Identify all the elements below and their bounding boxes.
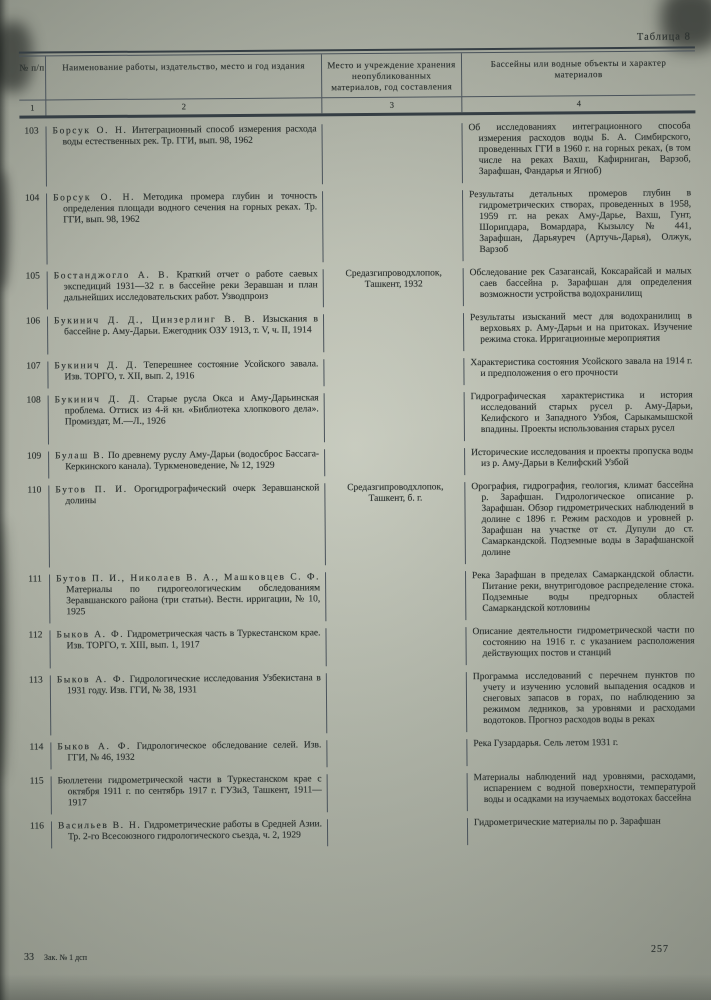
- materials-cell: Гидрографическая характеристика и истори…: [464, 390, 698, 441]
- table-row: 109 Булаш В. По древнему руслу Аму-Дарьи…: [22, 446, 698, 478]
- storage-place: [327, 773, 467, 812]
- storage-place: [323, 358, 463, 386]
- materials-desc: Обследование рек Сазагансай, Коксарайсай…: [470, 266, 692, 301]
- work-author: Булаш В.: [55, 451, 105, 461]
- table-row: 113 Быков А. Ф. Гидрологические исследов…: [24, 670, 700, 735]
- column-number-4: 4: [461, 94, 695, 112]
- work-cell: Букинич Д. Д., Цинзерлинг В. В. Изыскани…: [47, 314, 323, 354]
- storage-place: [321, 123, 461, 184]
- materials-desc: Программа исследований с перечнем пункто…: [473, 670, 695, 727]
- table-caption: Таблица 8: [19, 31, 695, 47]
- storage-place: [325, 571, 465, 621]
- materials-cell: Обследование рек Сазагансай, Коксарайсай…: [463, 266, 697, 306]
- table-header-row: № п/п Наименование работы, издательство,…: [19, 51, 695, 99]
- page-number: 257: [651, 944, 669, 955]
- materials-cell: Река Гузардарья. Сель летом 1931 г.: [466, 737, 700, 766]
- table-row: 114 Быков А. Ф. Гидрологическое обследов…: [24, 737, 700, 769]
- work-cell: Борсук О. Н. Методика промера глубин и т…: [46, 191, 323, 264]
- footer-order-text: Зак. № 1 дсп: [44, 953, 87, 962]
- work-cell: Букинич Д. Д. Теперешнее состояние Усойс…: [47, 359, 323, 388]
- materials-desc: Гидрографическая характеристика и истори…: [471, 390, 693, 436]
- storage-place: [324, 448, 464, 476]
- materials-cell: Исторические исследования и проекты проп…: [464, 446, 698, 475]
- work-author: Васильев В. Н.: [58, 821, 141, 832]
- row-number: 106: [21, 316, 47, 354]
- materials-desc: Описание деятельности гидрометрической ч…: [472, 625, 694, 660]
- row-number: 114: [24, 742, 50, 769]
- table-body: 103 Борсук О. Н. Интеграционный способ и…: [19, 113, 701, 848]
- work-title: Материалы по гидрогеологическим обследов…: [66, 583, 320, 617]
- storage-place: Средазгипроводхлопок, Ташкент, 1932: [323, 268, 463, 307]
- materials-desc: Об исследованиях интеграционного способа…: [468, 121, 690, 178]
- table-row: 104 Борсук О. Н. Методика промера глубин…: [20, 188, 697, 264]
- work-cell: Бюллетени гидрометрической части в Турке…: [51, 774, 327, 814]
- table-row: 108 Букинич Д. Д. Старые русла Окса и Ам…: [22, 390, 698, 444]
- materials-cell: Результаты детальных промеров глубин в г…: [462, 188, 697, 261]
- scan-shadow-bottom: [0, 974, 711, 1000]
- materials-desc: Исторические исследования и проекты проп…: [471, 446, 693, 470]
- work-author: Букинич Д. Д.: [55, 395, 141, 406]
- materials-cell: Описание деятельности гидрометрической ч…: [465, 625, 699, 665]
- table-row: 110 Бутов П. И. Орогидрографический очер…: [22, 480, 699, 567]
- work-cell: Бутов П. И. Орогидрографический очерк Зе…: [48, 483, 325, 567]
- materials-desc: Результаты детальных промеров глубин в г…: [469, 188, 692, 256]
- header-col-storage: Место и учреждение хранения неопубликова…: [321, 53, 461, 97]
- materials-desc: Река Зарафшан в пределах Самаркандской о…: [472, 569, 694, 615]
- header-col-number: № п/п: [19, 56, 45, 99]
- storage-place: [325, 627, 465, 666]
- storage-place: Средазгипроводхлопок, Ташкент, б. г.: [324, 482, 465, 565]
- materials-cell: Об исследованиях интеграционного способа…: [461, 121, 695, 183]
- work-cell: Быков А. Ф. Гидрометрическая часть в Тур…: [49, 628, 325, 668]
- column-number-1: 1: [19, 99, 45, 115]
- storage-place: [323, 313, 463, 352]
- row-number: 103: [20, 126, 46, 186]
- storage-place: [326, 672, 466, 733]
- materials-desc: Гидрометрические материалы по р. Зарафша…: [474, 816, 696, 829]
- table-row: 107 Букинич Д. Д. Теперешнее состояние У…: [21, 356, 697, 388]
- table-row: 103 Борсук О. Н. Интеграционный способ и…: [20, 121, 696, 186]
- materials-desc: Результаты изысканий мест для водохранил…: [470, 311, 692, 346]
- table-row: 115 Бюллетени гидрометрической части в Т…: [25, 771, 701, 814]
- table-row: 105 Бостанджогло А. В. Краткий отчет о р…: [21, 266, 697, 309]
- work-author: Бутов П. И., Николаев В. А., Машковцев С…: [56, 572, 320, 584]
- scanned-page: Таблица 8 № п/п Наименование работы, изд…: [0, 0, 711, 1000]
- row-number: 112: [23, 630, 49, 668]
- work-author: Быков А. Ф.: [56, 630, 124, 641]
- materials-desc: Река Гузардарья. Сель летом 1931 г.: [473, 737, 695, 750]
- row-number: 105: [21, 271, 47, 309]
- column-number-3: 3: [321, 96, 461, 113]
- work-cell: Бутов П. И., Николаев В. А., Машковцев С…: [49, 572, 325, 623]
- header-col-basins: Бассейны или водные объекты и характер м…: [461, 51, 695, 96]
- work-author: Бутов П. И.: [55, 485, 127, 496]
- work-cell: Булаш В. По древнему руслу Аму-Дарьи (во…: [48, 449, 324, 478]
- materials-desc: Материалы наблюдений над уровнями, расхо…: [474, 771, 696, 806]
- table-row: 116 Васильев В. Н. Гидрометрические рабо…: [25, 816, 701, 848]
- work-author: Быков А. Ф.: [57, 675, 126, 686]
- work-author: Букинич Д. Д.: [54, 361, 138, 372]
- work-cell: Букинич Д. Д. Старые русла Окса и Аму-Да…: [48, 393, 324, 444]
- storage-place: [326, 739, 466, 767]
- materials-cell: Результаты изысканий мест для водохранил…: [463, 311, 697, 351]
- table-row: 111 Бутов П. И., Николаев В. А., Машковц…: [23, 569, 699, 623]
- materials-desc: Характеристика состояния Усойского завал…: [470, 356, 692, 380]
- header-col-work: Наименование работы, издательство, место…: [45, 54, 321, 99]
- materials-cell: Орография, гидрография, геология, климат…: [464, 480, 699, 564]
- print-run-note: 33Зак. № 1 дсп: [24, 952, 87, 963]
- row-number: 115: [25, 776, 51, 814]
- row-number: 116: [25, 821, 51, 848]
- work-cell: Васильев В. Н. Гидрометрические работы в…: [51, 819, 327, 848]
- materials-desc: Орография, гидрография, геология, климат…: [471, 480, 694, 559]
- row-number: 110: [22, 485, 49, 567]
- footer-number: 33: [24, 952, 34, 963]
- row-number: 107: [21, 361, 47, 388]
- materials-cell: Река Зарафшан в пределах Самаркандской о…: [465, 569, 699, 620]
- row-number: 109: [22, 451, 48, 478]
- row-number: 104: [20, 193, 47, 264]
- work-cell: Быков А. Ф. Гидрологическое обследование…: [50, 740, 326, 769]
- column-number-2: 2: [45, 97, 321, 115]
- row-number: 111: [23, 574, 49, 623]
- materials-cell: Программа исследований с перечнем пункто…: [466, 670, 700, 732]
- work-cell: Быков А. Ф. Гидрологические исследования…: [50, 673, 326, 735]
- storage-place: [327, 818, 467, 846]
- storage-place: [322, 190, 463, 262]
- materials-cell: Гидрометрические материалы по р. Зарафша…: [467, 816, 701, 845]
- materials-cell: Материалы наблюдений над уровнями, расхо…: [467, 771, 701, 811]
- work-author: Бостанджогло А. В.: [54, 270, 171, 281]
- work-author: Борсук О. Н.: [53, 126, 128, 137]
- work-cell: Борсук О. Н. Интеграционный способ измер…: [46, 124, 322, 186]
- table-row: 112 Быков А. Ф. Гидрометрическая часть в…: [23, 625, 699, 668]
- table-row: 106 Букинич Д. Д., Цинзерлинг В. В. Изыс…: [21, 311, 697, 354]
- row-number: 113: [24, 675, 50, 735]
- row-number: 108: [22, 395, 48, 444]
- work-author: Букинич Д. Д., Цинзерлинг В. В.: [54, 315, 256, 327]
- scan-shadow-left: [0, 0, 10, 1000]
- work-author: Быков А. Ф.: [57, 742, 131, 753]
- work-author: Борсук О. Н.: [53, 193, 135, 204]
- work-title: Бюллетени гидрометрической части в Турке…: [58, 774, 322, 808]
- table-sheet: Таблица 8 № п/п Наименование работы, изд…: [19, 31, 701, 855]
- materials-cell: Характеристика состояния Усойского завал…: [463, 356, 697, 385]
- storage-place: [324, 392, 464, 442]
- work-cell: Бостанджогло А. В. Краткий отчет о работ…: [47, 269, 323, 309]
